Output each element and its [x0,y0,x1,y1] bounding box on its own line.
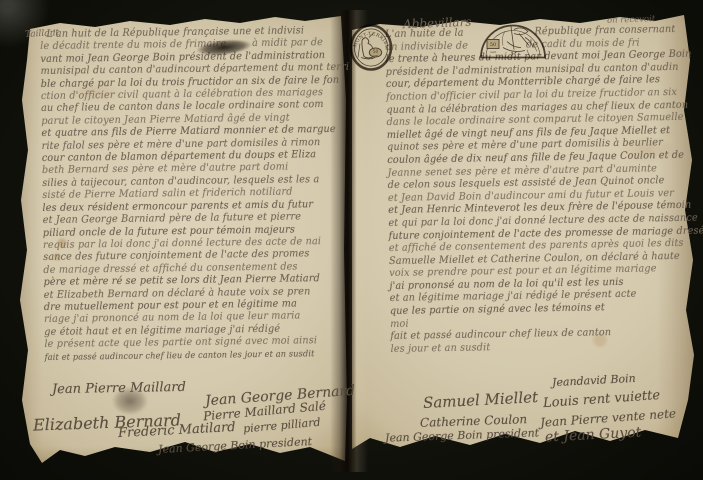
mont-terrible-revenue-stamp: MONT-TERRIBLE 50 cent [349,23,393,72]
manuscript-scan: Taillant L'an huit de la République fran… [0,0,703,480]
svg-text:50: 50 [490,42,496,48]
svg-text:cent: cent [373,54,380,58]
right-page-text: L'an huite de la République fran consern… [385,23,703,356]
left-page-text: L'an huit de la République française une… [40,25,353,364]
svg-text:cent: cent [490,50,497,54]
round-stain-blot [112,387,148,415]
half-round-revenue-stamp: 50 cent [477,19,549,62]
